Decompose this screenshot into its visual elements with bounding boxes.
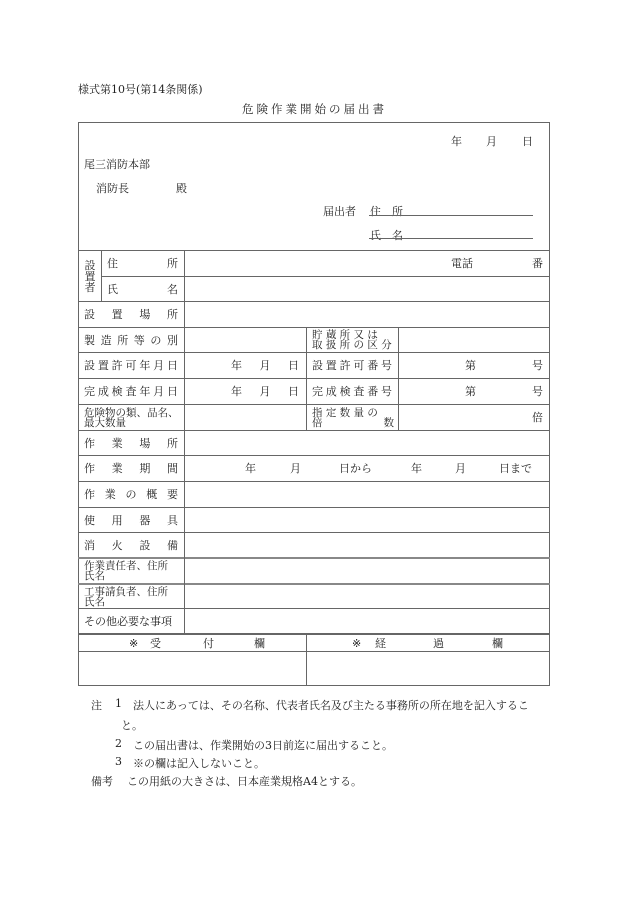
fire-equipment-label: 消火設備 — [84, 533, 178, 557]
label-line: 最大数量 — [84, 418, 182, 428]
form-number: 様式第10号(第14条関係) — [78, 81, 203, 97]
note-text: ※の欄は記入しないこと。 — [133, 755, 265, 771]
progress-column-field — [307, 652, 549, 686]
installer-address-field[interactable] — [185, 251, 440, 276]
char: 設 — [84, 360, 95, 371]
char: 業 — [112, 438, 123, 449]
installer-name-label: 氏名 — [107, 277, 178, 301]
char: 月 — [260, 386, 271, 397]
progress-column-header: ※ 経 過 欄 — [307, 635, 549, 651]
char: 用 — [112, 515, 123, 526]
work-location-field[interactable] — [185, 431, 549, 455]
char: 数 — [384, 418, 395, 428]
hazmat-label: 危険物の類、品名、 最大数量 — [84, 405, 182, 430]
char: 具 — [167, 515, 178, 526]
char: 製 — [84, 335, 95, 346]
char: 業 — [112, 463, 123, 474]
char: 査 — [125, 386, 136, 397]
applicant-name-line[interactable] — [369, 238, 533, 239]
char: 消 — [84, 540, 95, 551]
char: 所 — [167, 309, 178, 320]
char: の — [126, 489, 137, 500]
char: 期 — [139, 463, 150, 474]
char: 設 — [139, 540, 150, 551]
char: 倍 — [312, 418, 323, 428]
char: 号 — [381, 360, 392, 371]
char: 所 — [167, 258, 178, 269]
reception-column-header: ※ 受 付 欄 — [79, 635, 306, 651]
char: 可 — [353, 360, 364, 371]
char: 氏 — [107, 284, 118, 295]
char: 要 — [167, 489, 178, 500]
contractor-field[interactable] — [185, 585, 549, 608]
char: 造 — [101, 335, 112, 346]
permit-number-field[interactable]: 第号 — [465, 353, 543, 378]
char: 置 — [112, 309, 123, 320]
equipment-field[interactable] — [185, 508, 549, 532]
char: 使 — [84, 515, 95, 526]
char: 第 — [465, 360, 476, 371]
permit-number-label: 設置許可番号 — [312, 353, 392, 378]
fire-equipment-field[interactable] — [185, 533, 549, 557]
install-location-label: 設置場所 — [84, 302, 178, 327]
remarks-text: この用紙の大きさは、日本産業規格A4とする。 — [127, 773, 362, 789]
other-matters-label: その他必要な事項 — [84, 609, 182, 633]
char: 検 — [112, 386, 123, 397]
char: 成 — [326, 386, 337, 397]
note-number: 3 — [115, 755, 122, 768]
char: 経 — [375, 638, 386, 649]
char: 番 — [367, 386, 378, 397]
char: 号 — [381, 386, 392, 397]
quantity-ratio-field[interactable]: 倍 — [399, 405, 543, 430]
applicant-address-label: 住 所 — [370, 203, 403, 219]
date-year: 年 — [451, 133, 462, 149]
char: 号 — [532, 360, 543, 371]
col-divider — [101, 250, 102, 301]
char: 所 — [117, 335, 128, 346]
char: 業 — [105, 489, 116, 500]
char: 受 — [150, 638, 161, 649]
char: 備 — [167, 540, 178, 551]
char: 置 — [326, 360, 337, 371]
char: 年 — [231, 360, 242, 371]
char: の — [150, 335, 161, 346]
char: 設 — [84, 309, 95, 320]
char: 間 — [167, 463, 178, 474]
equipment-label: 使用器具 — [84, 508, 178, 532]
char: 日 — [167, 360, 178, 371]
label-line: 工事請負者、住所 — [84, 587, 182, 597]
char: 許 — [112, 360, 123, 371]
char: 第 — [465, 386, 476, 397]
installer-address-label: 住所 — [107, 251, 178, 276]
char: 月 — [455, 463, 466, 474]
applicant-label: 届出者 — [323, 203, 356, 219]
label-line: 危険物の類、品名、 — [84, 408, 182, 418]
char: 名 — [167, 284, 178, 295]
label-line: 倍数 — [312, 418, 394, 428]
char: 作 — [84, 489, 95, 500]
char: 場 — [139, 309, 150, 320]
note-text: この届出書は、作業開始の3日前迄に届出すること。 — [133, 737, 393, 753]
char: 日から — [339, 463, 372, 474]
date-day: 日 — [522, 133, 533, 149]
char: 号 — [532, 386, 543, 397]
char: 月 — [153, 386, 164, 397]
work-location-label: 作業場所 — [84, 431, 178, 455]
installer-name-field[interactable] — [185, 277, 549, 301]
char: 年 — [231, 386, 242, 397]
char: 査 — [353, 386, 364, 397]
label-line: 氏名 — [84, 597, 182, 607]
inspection-date-field[interactable]: 年月日 — [231, 379, 299, 404]
char: 設 — [85, 260, 96, 271]
char: 付 — [203, 638, 214, 649]
char: 電話 — [451, 258, 473, 269]
note-number: 1 — [115, 697, 122, 710]
char: 置 — [85, 271, 96, 282]
char: 欄 — [492, 638, 503, 649]
char: 検 — [340, 386, 351, 397]
note-text: 法人にあっては、その名称、代表者氏名及び主たる事務所の所在地を記入するこ — [133, 697, 529, 713]
storage-class-field[interactable] — [399, 328, 549, 352]
char: 年 — [139, 360, 150, 371]
supervisor-label: 作業責任者、住所 氏名 — [84, 559, 182, 583]
char: ※ — [129, 638, 138, 649]
inspection-date-label: 完成検査年月日 — [84, 379, 178, 404]
char: 月 — [260, 360, 271, 371]
addressee-org: 尾三消防本部 — [84, 156, 150, 172]
work-summary-label: 作業の概要 — [84, 482, 178, 507]
storage-class-label: 貯 蔵 所 又 は 取 扱 所 の 区 分 — [312, 328, 396, 352]
char: 者 — [85, 282, 96, 293]
char: 欄 — [254, 638, 265, 649]
char: 完 — [84, 386, 95, 397]
char: 日 — [167, 386, 178, 397]
permit-date-field[interactable]: 年月日 — [231, 353, 299, 378]
char: 月 — [290, 463, 301, 474]
hazmat-field[interactable] — [185, 405, 305, 430]
addressee-title: 消防長 — [96, 180, 129, 196]
quantity-ratio-label: 指 定 数 量 の 倍数 — [312, 405, 394, 430]
char: 年 — [139, 386, 150, 397]
char: 完 — [312, 386, 323, 397]
page-title: 危険作業開始の届出書 — [242, 101, 387, 117]
char: 過 — [433, 638, 444, 649]
honorific: 殿 — [176, 180, 187, 196]
note-text: と。 — [121, 717, 143, 733]
char: 火 — [112, 540, 123, 551]
char: 場 — [139, 438, 150, 449]
note-number: 2 — [115, 737, 122, 750]
work-period-label: 作業期間 — [84, 456, 178, 481]
contractor-label: 工事請負者、住所 氏名 — [84, 585, 182, 608]
work-summary-field[interactable] — [185, 482, 549, 507]
char: 住 — [107, 258, 118, 269]
char: 月 — [153, 360, 164, 371]
phone-label: 電話番 — [451, 251, 543, 276]
char: 等 — [134, 335, 145, 346]
char: 日まで — [499, 463, 532, 474]
char: 番 — [532, 258, 543, 269]
char: 概 — [146, 489, 157, 500]
char: 番 — [367, 360, 378, 371]
label-line: 取 扱 所 の 区 分 — [312, 340, 396, 350]
unit-label: 倍 — [532, 412, 543, 423]
supervisor-field[interactable] — [185, 559, 549, 583]
date-month: 月 — [486, 133, 497, 149]
installer-group-label: 設 置 者 — [80, 251, 100, 301]
char: 別 — [167, 335, 178, 346]
char: 許 — [340, 360, 351, 371]
applicant-address-line[interactable] — [369, 215, 533, 216]
char: 設 — [312, 360, 323, 371]
notes-prefix: 注 — [91, 697, 102, 713]
char: 置 — [98, 360, 109, 371]
char: 日 — [288, 386, 299, 397]
remarks-label: 備考 — [91, 773, 113, 789]
permit-date-label: 設置許可年月日 — [84, 353, 178, 378]
inspection-number-field[interactable]: 第号 — [465, 379, 543, 404]
inspection-number-label: 完成検査番号 — [312, 379, 392, 404]
install-location-field[interactable] — [185, 302, 549, 327]
char: 所 — [167, 438, 178, 449]
facility-type-label: 製造所等の別 — [84, 328, 178, 352]
char: 日 — [288, 360, 299, 371]
facility-type-field[interactable] — [185, 328, 305, 352]
applicant-name-label: 氏 名 — [370, 227, 403, 243]
label-line: 指 定 数 量 の — [312, 408, 394, 418]
col-divider — [306, 327, 307, 430]
char: 作 — [84, 463, 95, 474]
reception-column-field — [79, 652, 306, 686]
char: 年 — [411, 463, 422, 474]
char: 成 — [98, 386, 109, 397]
char: 作 — [84, 438, 95, 449]
char: 器 — [139, 515, 150, 526]
label-line: 氏名 — [84, 571, 182, 581]
work-period-field[interactable]: 年 月 日から 年 月 日まで — [185, 456, 549, 481]
char: 可 — [125, 360, 136, 371]
other-matters-field[interactable] — [185, 609, 549, 633]
char: 年 — [245, 463, 256, 474]
char: ※ — [352, 638, 361, 649]
